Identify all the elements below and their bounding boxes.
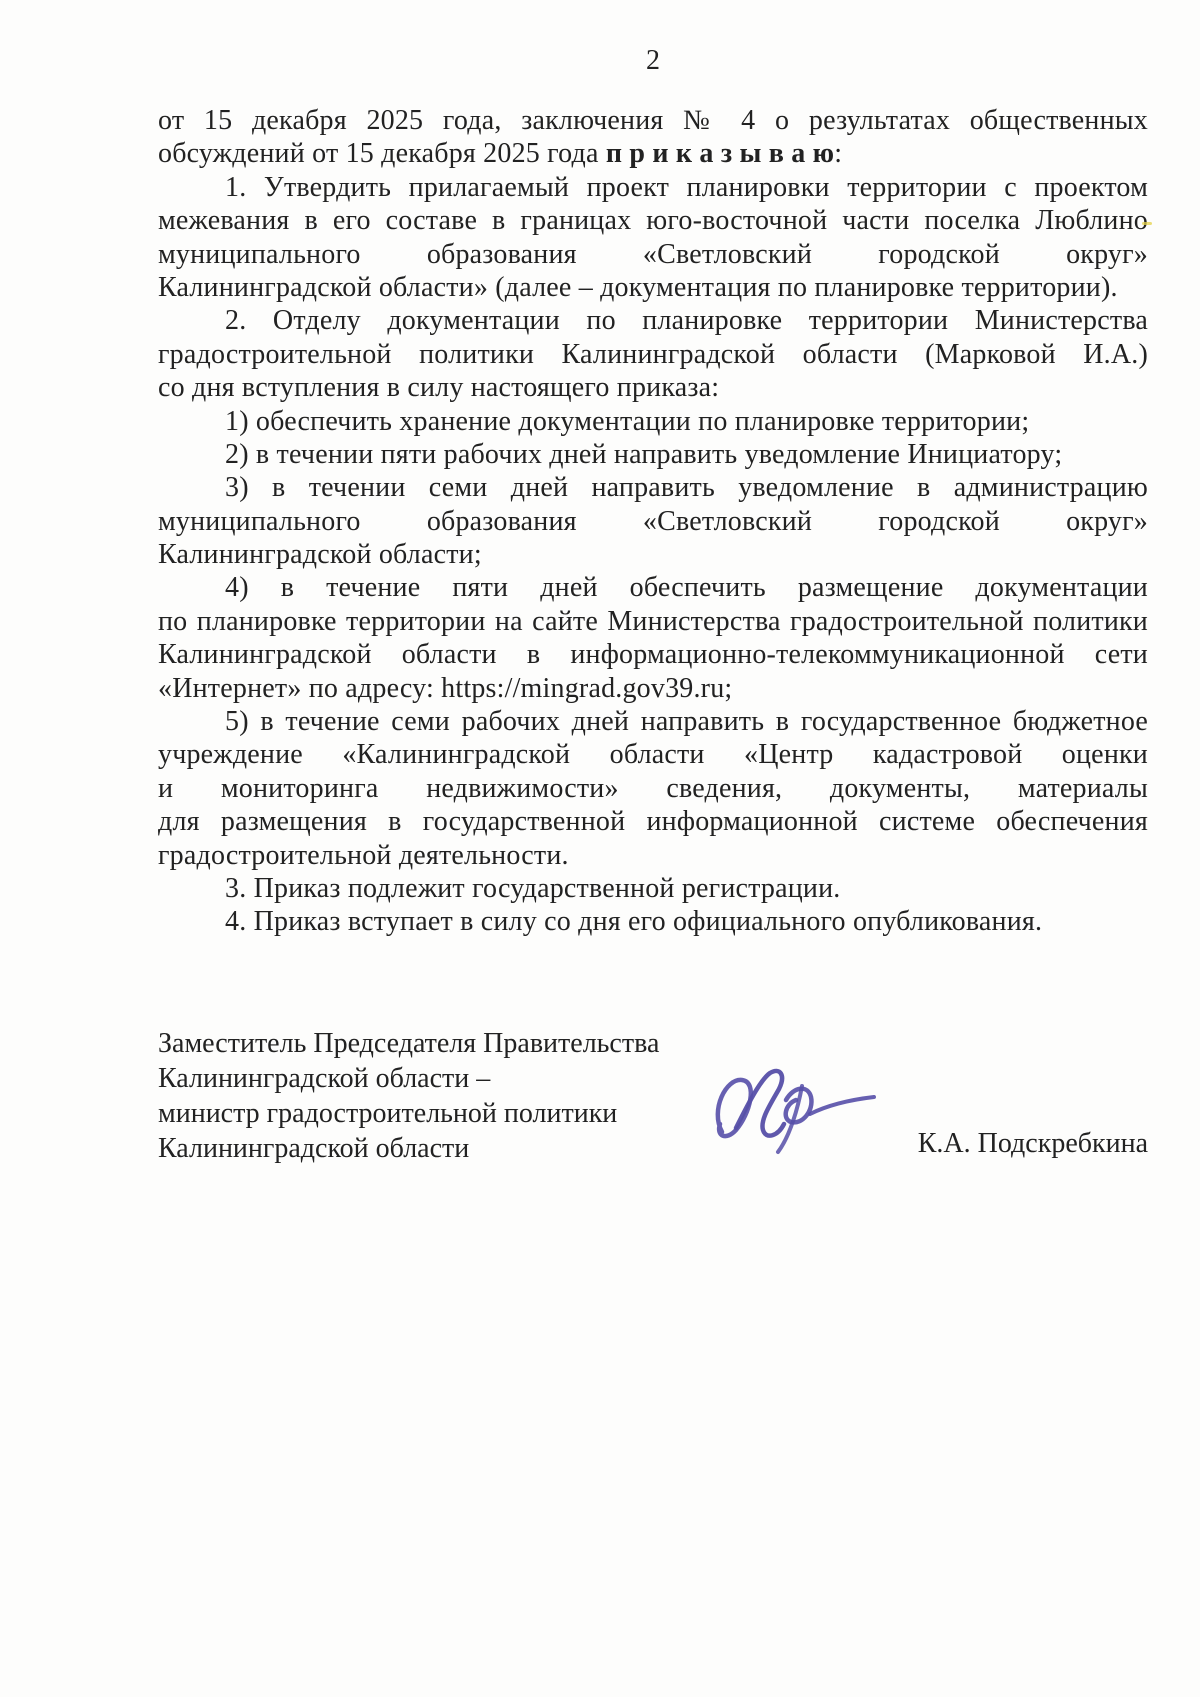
body-line: 1. Утвердить прилагаемый проект планиров… bbox=[158, 171, 1148, 204]
body-line: муниципального образования «Светловский … bbox=[158, 505, 1148, 538]
body-text: учреждение «Калининградской области «Цен… bbox=[158, 739, 1148, 770]
body-text: градостроительной политики Калининградск… bbox=[158, 339, 1148, 370]
body-text: 4. Приказ вступает в силу со дня его офи… bbox=[225, 906, 1042, 937]
body-text: 3) в течении семи дней направить уведомл… bbox=[225, 472, 1148, 503]
body-text: муниципального образования «Светловский … bbox=[158, 239, 1148, 270]
body-line: 2. Отделу документации по планировке тер… bbox=[158, 304, 1148, 337]
body-text: 1) обеспечить хранение документации по п… bbox=[225, 406, 1029, 437]
body-line: 3. Приказ подлежит государственной регис… bbox=[158, 872, 1148, 905]
body-text: со дня вступления в силу настоящего прик… bbox=[158, 372, 719, 403]
body-line: межевания в его составе в границах юго-в… bbox=[158, 204, 1148, 237]
body-line: обсуждений от 15 декабря 2025 года п р и… bbox=[158, 137, 1148, 170]
body-text: от 15 декабря 2025 года, заключения № 4 … bbox=[158, 105, 1148, 136]
body-line: учреждение «Калининградской области «Цен… bbox=[158, 738, 1148, 771]
body-line: 5) в течение семи рабочих дней направить… bbox=[158, 705, 1148, 738]
body-line: Калининградской области; bbox=[158, 538, 1148, 571]
body-text: муниципального образования «Светловский … bbox=[158, 506, 1148, 537]
body-line: 1) обеспечить хранение документации по п… bbox=[158, 405, 1148, 438]
body-line: 2) в течении пяти рабочих дней направить… bbox=[158, 438, 1148, 471]
body-text: Калининградской области; bbox=[158, 539, 482, 570]
body-text: 1. Утвердить прилагаемый проект планиров… bbox=[225, 172, 1148, 203]
order-keyword: п р и к а з ы в а ю bbox=[606, 138, 834, 169]
body-line: градостроительной деятельности. bbox=[158, 839, 1148, 872]
body-line: 4) в течение пяти дней обеспечить размещ… bbox=[158, 571, 1148, 604]
body-line: Калининградской области в информационно-… bbox=[158, 638, 1148, 671]
signature-block: Заместитель Председателя ПравительстваКа… bbox=[158, 1026, 1148, 1196]
body-text: : bbox=[834, 138, 842, 169]
body-line: 4. Приказ вступает в силу со дня его офи… bbox=[158, 905, 1148, 938]
page-number: 2 bbox=[158, 44, 1148, 78]
body-text: и мониторинга недвижимости» сведения, до… bbox=[158, 773, 1148, 804]
body-text: межевания в его составе в границах юго-в… bbox=[158, 205, 1148, 236]
body-text: Калининградской области» (далее – докуме… bbox=[158, 272, 1118, 303]
body-text: 4) в течение пяти дней обеспечить размещ… bbox=[225, 572, 1148, 603]
body-text: для размещения в государственной информа… bbox=[158, 806, 1148, 837]
body-line: по планировке территории на сайте Минист… bbox=[158, 605, 1148, 638]
body-text: по планировке территории на сайте Минист… bbox=[158, 606, 1148, 637]
body-line: для размещения в государственной информа… bbox=[158, 805, 1148, 838]
body-text: Калининградской области в информационно-… bbox=[158, 639, 1148, 670]
body-line: со дня вступления в силу настоящего прик… bbox=[158, 371, 1148, 404]
body-line: Калининградской области» (далее – докуме… bbox=[158, 271, 1148, 304]
body-text: «Интернет» по адресу: https://mingrad.go… bbox=[158, 673, 732, 704]
body-line: градостроительной политики Калининградск… bbox=[158, 338, 1148, 371]
body-line: и мониторинга недвижимости» сведения, до… bbox=[158, 772, 1148, 805]
order-text: от 15 декабря 2025 года, заключения № 4 … bbox=[158, 104, 1148, 939]
signer-name: К.А. Подскребкина bbox=[918, 1126, 1148, 1161]
body-text: 2) в течении пяти рабочих дней направить… bbox=[225, 439, 1062, 470]
scan-artifact bbox=[1142, 222, 1152, 225]
body-line: муниципального образования «Светловский … bbox=[158, 238, 1148, 271]
body-text: 3. Приказ подлежит государственной регис… bbox=[225, 873, 841, 904]
body-line: от 15 декабря 2025 года, заключения № 4 … bbox=[158, 104, 1148, 137]
body-text: градостроительной деятельности. bbox=[158, 840, 569, 871]
body-text: 2. Отделу документации по планировке тер… bbox=[225, 305, 1148, 336]
body-text: обсуждений от 15 декабря 2025 года bbox=[158, 138, 606, 169]
signature-position-line: Калининградской области – bbox=[158, 1061, 1148, 1096]
signature-position-line: Заместитель Председателя Правительства bbox=[158, 1026, 1148, 1061]
document-page: 2 от 15 декабря 2025 года, заключения № … bbox=[0, 0, 1200, 1697]
body-line: «Интернет» по адресу: https://mingrad.go… bbox=[158, 672, 1148, 705]
body-text: 5) в течение семи рабочих дней направить… bbox=[225, 706, 1148, 737]
body-line: 3) в течении семи дней направить уведомл… bbox=[158, 471, 1148, 504]
